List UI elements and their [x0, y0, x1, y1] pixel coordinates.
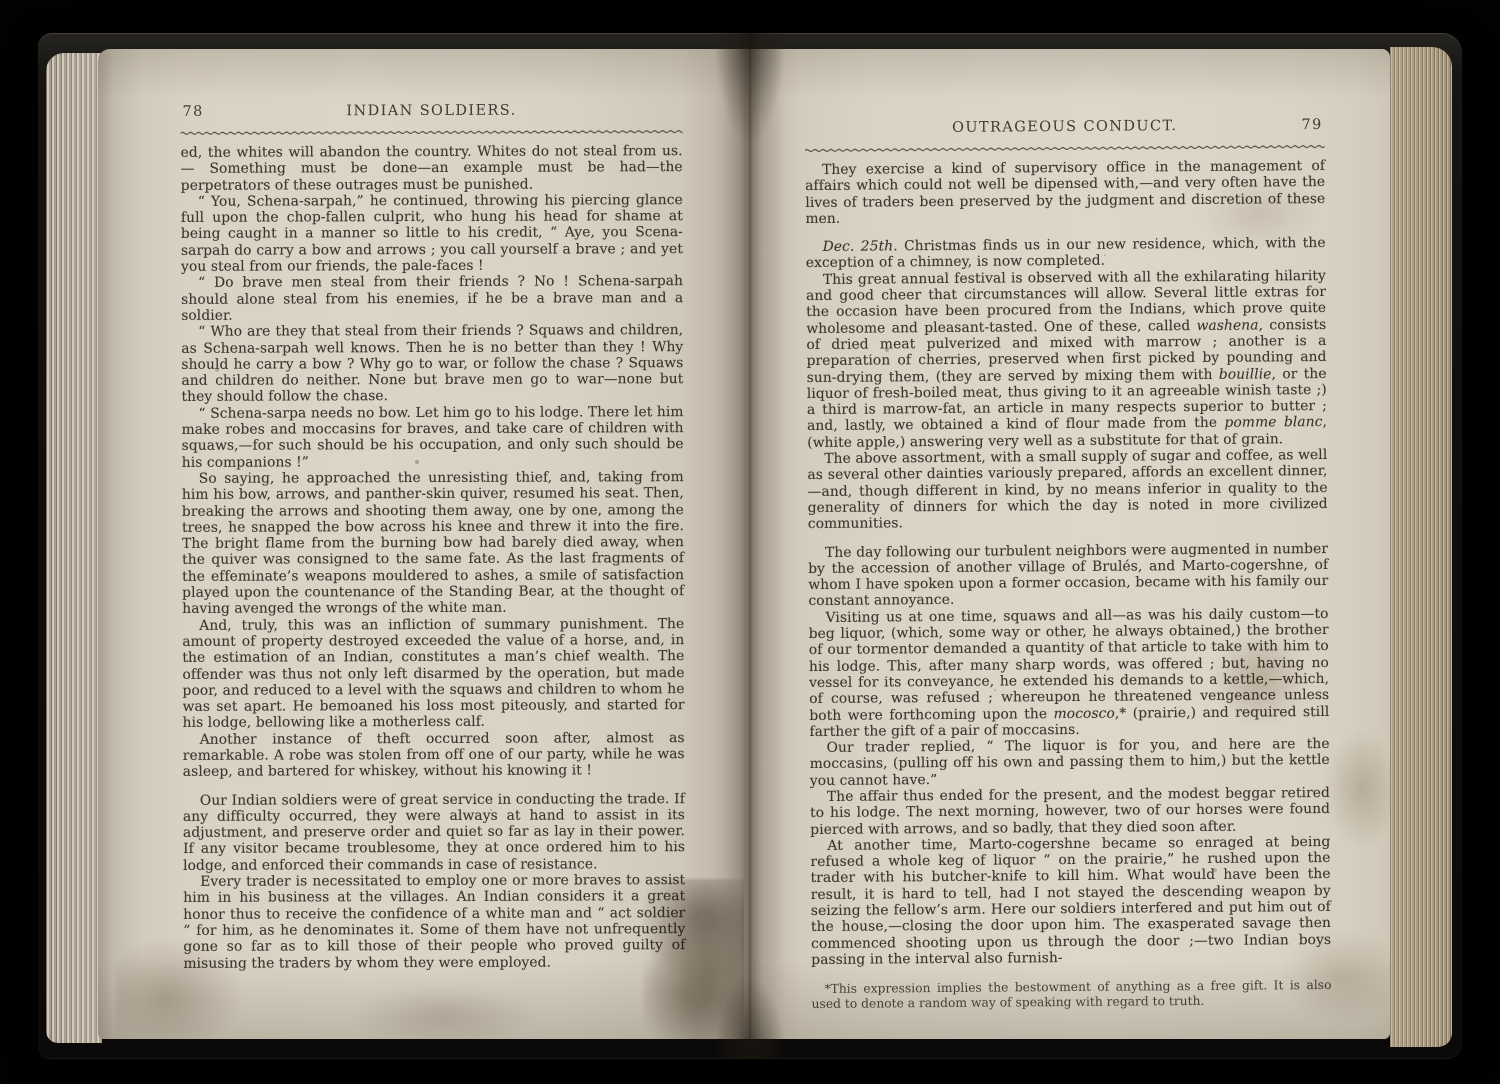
left-page-content: 78 INDIAN SOLDIERS. ed, the whites will … [98, 49, 744, 1039]
paragraph: Our trader replied, “ The liquor is for … [810, 736, 1330, 789]
paragraph: “ Schena-sarpa needs no bow. Let him go … [182, 404, 684, 471]
paragraph: ed, the whites will abandon the country.… [181, 143, 683, 194]
right-page: OUTRAGEOUS CONDUCT. 79 They exercise a k… [744, 49, 1390, 1039]
paragraph: Every trader is necessitated to employ o… [183, 872, 685, 972]
paragraph: The above assortment, with a small suppl… [807, 447, 1328, 533]
paragraph: “ Do brave men steal from their friends … [181, 273, 683, 324]
left-page: 78 INDIAN SOLDIERS. ed, the whites will … [98, 49, 744, 1039]
right-page-body: They exercise a kind of supervisory offi… [805, 158, 1331, 968]
paragraph: Visiting us at one time, squaws and all—… [809, 606, 1330, 740]
wavy-rule [805, 144, 1325, 153]
paragraph: Our Indian soldiers were of great servic… [183, 791, 685, 874]
paragraph: This great annual festival is observed w… [806, 268, 1327, 451]
right-page-header: OUTRAGEOUS CONDUCT. 79 [805, 117, 1325, 141]
paragraph: Dec. 25th. Christmas finds us in our new… [806, 235, 1326, 272]
paragraph: Another instance of theft occurred soon … [183, 730, 685, 781]
paragraph: At another time, Marto-cogershne became … [810, 834, 1331, 968]
left-page-edge-stack [46, 53, 102, 1043]
right-running-title: OUTRAGEOUS CONDUCT. [805, 117, 1325, 137]
paragraph: “ Who are they that steal from their fri… [181, 322, 683, 405]
paragraph: The day following our turbulent neighbor… [808, 540, 1328, 609]
paragraph: “ You, Schena-sarpah,” he continued, thr… [181, 192, 683, 275]
wavy-rule [181, 129, 683, 136]
left-running-title: INDIAN SOLDIERS. [180, 102, 682, 120]
footnote: *This expression implies the bestowment … [811, 978, 1331, 1011]
paragraph: The affair thus ended for the present, a… [810, 785, 1330, 838]
page-spread: 78 INDIAN SOLDIERS. ed, the whites will … [98, 49, 1390, 1039]
paragraph: So saying, he approached the unresisting… [182, 469, 685, 617]
right-page-number: 79 [1301, 117, 1322, 133]
left-page-header: 78 INDIAN SOLDIERS. [180, 102, 682, 124]
left-page-body: ed, the whites will abandon the country.… [181, 143, 686, 972]
right-page-content: OUTRAGEOUS CONDUCT. 79 They exercise a k… [744, 49, 1390, 1039]
paragraph: And, truly, this was an infliction of su… [182, 616, 684, 732]
open-book: 78 INDIAN SOLDIERS. ed, the whites will … [38, 33, 1462, 1059]
right-fore-edge [1390, 47, 1452, 1047]
paragraph: They exercise a kind of supervisory offi… [805, 158, 1325, 227]
